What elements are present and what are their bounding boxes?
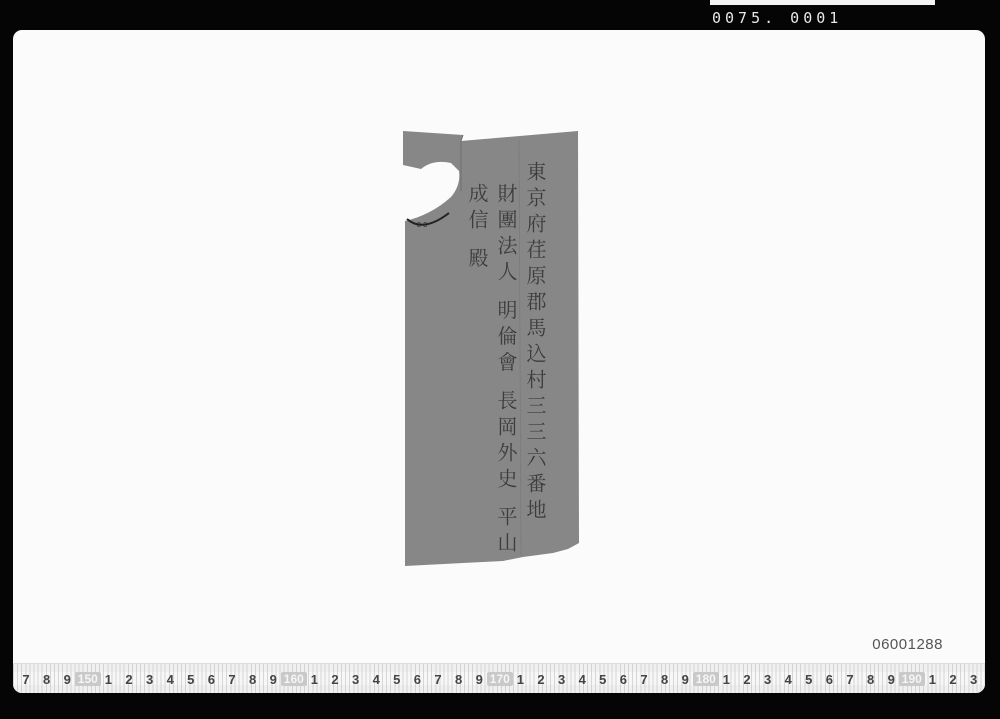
ruler-label: 1: [925, 672, 939, 687]
ruler-label: 7: [843, 672, 857, 687]
ruler-label: 2: [328, 672, 342, 687]
ruler-label: 5: [390, 672, 404, 687]
archive-id: 06001288: [872, 636, 943, 653]
ruler-label: 5: [802, 672, 816, 687]
ruler-label: 3: [761, 672, 775, 687]
ruler-label: 4: [163, 672, 177, 687]
ruler-label: 8: [864, 672, 878, 687]
ruler-label: 1: [719, 672, 733, 687]
ruler-label: 5: [596, 672, 610, 687]
ruler-label: 3: [349, 672, 363, 687]
ruler-label: 180: [693, 672, 719, 686]
sender-address: 東京府荏原郡馬込村三三六番地: [521, 161, 550, 525]
ruler-label: 4: [369, 672, 383, 687]
ruler-label: 9: [678, 672, 692, 687]
ruler-label: 160: [281, 672, 307, 686]
ruler-label: 7: [431, 672, 445, 687]
ruler-label: 9: [266, 672, 280, 687]
ruler-label: 4: [575, 672, 589, 687]
ruler-label: 3: [143, 672, 157, 687]
ruler-label: 9: [472, 672, 486, 687]
ruler-label: 6: [204, 672, 218, 687]
measurement-ruler: 7891501234567891601234567891701234567891…: [13, 663, 985, 693]
frame-code: 0075. 0001: [712, 9, 842, 27]
ruler-label: 2: [534, 672, 548, 687]
ruler-label: 7: [225, 672, 239, 687]
ruler-label: 3: [555, 672, 569, 687]
ruler-label: 1: [101, 672, 115, 687]
ruler-label: 6: [616, 672, 630, 687]
postmark-stamp: 8-8: [405, 209, 453, 239]
ruler-label: 1: [307, 672, 321, 687]
ruler-label: 1: [513, 672, 527, 687]
envelope: 8-8 東京府荏原郡馬込村三三六番地 財團法人 明倫會 長岡外史 平山成信 殿: [403, 131, 580, 566]
ruler-label: 5: [184, 672, 198, 687]
ruler-label: 8: [658, 672, 672, 687]
ruler-label: 6: [822, 672, 836, 687]
svg-text:8-8: 8-8: [417, 222, 427, 229]
ruler-label: 8: [246, 672, 260, 687]
ruler-label: 9: [60, 672, 74, 687]
ruler-label: 2: [946, 672, 960, 687]
ruler-label: 6: [410, 672, 424, 687]
ruler-label: 2: [740, 672, 754, 687]
ruler-label: 8: [452, 672, 466, 687]
ruler-label: 150: [75, 672, 101, 686]
ruler-label: 2: [122, 672, 136, 687]
recipient-name: 財團法人 明倫會 長岡外史 平山成信 殿: [463, 183, 521, 566]
ruler-label: 9: [884, 672, 898, 687]
film-label-strip: [710, 0, 935, 5]
ruler-label: 190: [899, 672, 925, 686]
ruler-label: 8: [40, 672, 54, 687]
ruler-label: 3: [967, 672, 981, 687]
ruler-label: 4: [781, 672, 795, 687]
ruler-label: 7: [19, 672, 33, 687]
ruler-labels: 7891501234567891601234567891701234567891…: [13, 672, 985, 686]
ruler-label: 7: [637, 672, 651, 687]
ruler-label: 170: [487, 672, 513, 686]
scan-page: 8-8 東京府荏原郡馬込村三三六番地 財團法人 明倫會 長岡外史 平山成信 殿 …: [13, 30, 985, 693]
